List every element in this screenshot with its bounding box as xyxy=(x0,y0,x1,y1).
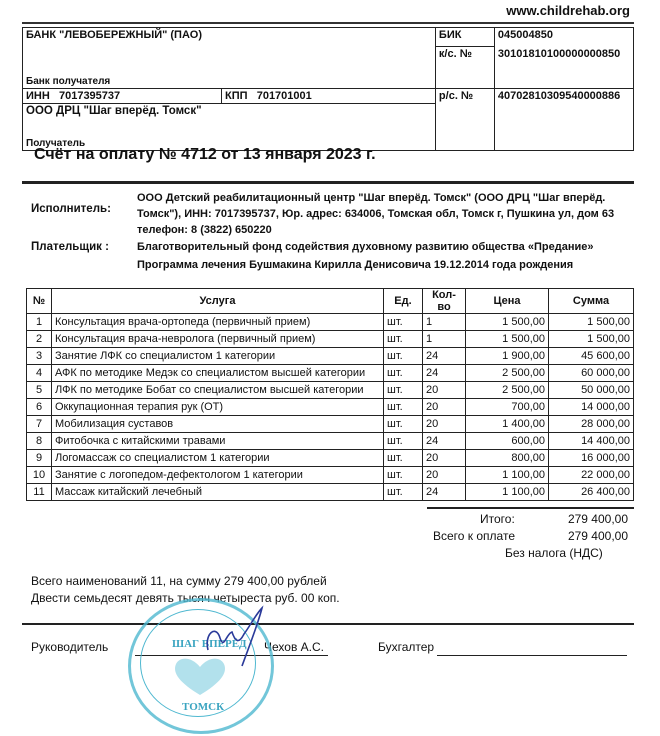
row-price: 1 500,00 xyxy=(466,331,549,348)
inn-label: ИНН xyxy=(26,90,50,102)
row-service: ЛФК по методике Бобат со специалистом вы… xyxy=(52,382,384,399)
row-sum: 60 000,00 xyxy=(549,365,634,382)
row-number: 8 xyxy=(27,433,52,450)
row-price: 1 100,00 xyxy=(466,467,549,484)
executor-details: ООО Детский реабилитационный центр "Шаг … xyxy=(137,190,627,238)
row-service: Логомассаж со специалистом 1 категории xyxy=(52,450,384,467)
row-unit: шт. xyxy=(384,399,423,416)
payer-line1: Благотворительный фонд содействия духовн… xyxy=(137,239,593,255)
row-price: 600,00 xyxy=(466,433,549,450)
row-unit: шт. xyxy=(384,450,423,467)
row-sum: 14 000,00 xyxy=(549,399,634,416)
table-row: 4АФК по методике Медэк со специалистом в… xyxy=(27,365,634,382)
payer-line2: Программа лечения Бушмакина Кирилла Дени… xyxy=(137,257,573,273)
row-unit: шт. xyxy=(384,467,423,484)
row-sum: 45 600,00 xyxy=(549,348,634,365)
row-sum: 50 000,00 xyxy=(549,382,634,399)
row-unit: шт. xyxy=(384,433,423,450)
due-label: Всего к оплате xyxy=(433,529,515,543)
row-price: 1 100,00 xyxy=(466,484,549,501)
row-sum: 1 500,00 xyxy=(549,314,634,331)
total-value: 279 400,00 xyxy=(568,512,628,526)
row-number: 9 xyxy=(27,450,52,467)
kpp-label: КПП xyxy=(225,90,248,102)
row-service: АФК по методике Медэк со специалистом вы… xyxy=(52,365,384,382)
website-url: www.childrehab.org xyxy=(506,3,630,18)
rs-value: 40702810309540000886 xyxy=(494,89,633,151)
row-service: Массаж китайский лечебный xyxy=(52,484,384,501)
row-sum: 28 000,00 xyxy=(549,416,634,433)
executor-label: Исполнитель: xyxy=(31,203,111,215)
row-unit: шт. xyxy=(384,348,423,365)
invoice-title: Счёт на оплату № 4712 от 13 января 2023 … xyxy=(34,146,376,164)
payer-label: Плательщик : xyxy=(31,241,109,253)
services-table: № Услуга Ед. Кол-во Цена Сумма 1Консульт… xyxy=(26,288,634,501)
row-number: 10 xyxy=(27,467,52,484)
table-row: 8Фитобочка с китайскими травамишт.24600,… xyxy=(27,433,634,450)
row-number: 3 xyxy=(27,348,52,365)
table-row: 1Консультация врача-ортопеда (первичный … xyxy=(27,314,634,331)
col-number: № xyxy=(27,289,52,314)
row-service: Консультация врача-невролога (первичный … xyxy=(52,331,384,348)
row-sum: 16 000,00 xyxy=(549,450,634,467)
row-number: 2 xyxy=(27,331,52,348)
row-service: Консультация врача-ортопеда (первичный п… xyxy=(52,314,384,331)
row-unit: шт. xyxy=(384,484,423,501)
director-label: Руководитель xyxy=(31,640,108,654)
table-row: 5ЛФК по методике Бобат со специалистом в… xyxy=(27,382,634,399)
col-qty: Кол-во xyxy=(423,289,466,314)
divider xyxy=(427,507,634,509)
row-price: 800,00 xyxy=(466,450,549,467)
row-number: 6 xyxy=(27,399,52,416)
col-service: Услуга xyxy=(52,289,384,314)
stamp-city: ТОМСК xyxy=(182,701,224,713)
row-qty: 20 xyxy=(423,382,466,399)
due-value: 279 400,00 xyxy=(568,529,628,543)
row-qty: 20 xyxy=(423,416,466,433)
col-unit: Ед. xyxy=(384,289,423,314)
row-sum: 14 400,00 xyxy=(549,433,634,450)
row-sum: 22 000,00 xyxy=(549,467,634,484)
signature-icon xyxy=(196,604,276,674)
row-unit: шт. xyxy=(384,416,423,433)
col-price: Цена xyxy=(466,289,549,314)
ks-value: 30101810100000000850 xyxy=(494,47,633,89)
table-row: 6Оккупационная терапия рук (ОТ)шт.20700,… xyxy=(27,399,634,416)
row-price: 1 500,00 xyxy=(466,314,549,331)
row-qty: 24 xyxy=(423,484,466,501)
row-unit: шт. xyxy=(384,331,423,348)
bank-caption: Банк получателя xyxy=(26,76,110,87)
row-qty: 1 xyxy=(423,314,466,331)
row-qty: 20 xyxy=(423,467,466,484)
recipient-name: ООО ДРЦ "Шаг вперёд. Томск" xyxy=(26,105,432,117)
inn-value: 7017395737 xyxy=(59,90,120,102)
table-row: 3Занятие ЛФК со специалистом 1 категории… xyxy=(27,348,634,365)
total-label: Итого: xyxy=(480,512,515,526)
row-service: Занятие ЛФК со специалистом 1 категории xyxy=(52,348,384,365)
accountant-label: Бухгалтер xyxy=(378,640,434,654)
row-qty: 24 xyxy=(423,365,466,382)
rs-label: р/с. № xyxy=(435,89,494,151)
row-number: 7 xyxy=(27,416,52,433)
row-price: 700,00 xyxy=(466,399,549,416)
summary-count: Всего наименований 11, на сумму 279 400,… xyxy=(31,574,327,588)
row-sum: 26 400,00 xyxy=(549,484,634,501)
col-sum: Сумма xyxy=(549,289,634,314)
row-qty: 24 xyxy=(423,433,466,450)
row-service: Фитобочка с китайскими травами xyxy=(52,433,384,450)
table-row: 10Занятие с логопедом-дефектологом 1 кат… xyxy=(27,467,634,484)
row-unit: шт. xyxy=(384,382,423,399)
row-price: 2 500,00 xyxy=(466,365,549,382)
ks-label: к/с. № xyxy=(435,47,494,89)
table-header: № Услуга Ед. Кол-во Цена Сумма xyxy=(27,289,634,314)
row-price: 2 500,00 xyxy=(466,382,549,399)
accountant-signature-line xyxy=(437,655,627,656)
bank-details-table: БАНК "ЛЕВОБЕРЕЖНЫЙ" (ПАО) Банк получател… xyxy=(22,27,634,151)
row-qty: 1 xyxy=(423,331,466,348)
table-row: 9Логомассаж со специалистом 1 категорииш… xyxy=(27,450,634,467)
kpp-value: 701701001 xyxy=(257,90,312,102)
row-qty: 20 xyxy=(423,399,466,416)
row-qty: 20 xyxy=(423,450,466,467)
row-number: 1 xyxy=(27,314,52,331)
bik-label: БИК xyxy=(435,28,494,47)
divider xyxy=(22,623,634,625)
row-price: 1 900,00 xyxy=(466,348,549,365)
divider xyxy=(22,22,634,24)
row-number: 11 xyxy=(27,484,52,501)
row-service: Занятие с логопедом-дефектологом 1 катег… xyxy=(52,467,384,484)
row-number: 5 xyxy=(27,382,52,399)
table-row: 11Массаж китайский лечебныйшт.241 100,00… xyxy=(27,484,634,501)
bik-value: 045004850 xyxy=(494,28,633,47)
row-unit: шт. xyxy=(384,365,423,382)
row-sum: 1 500,00 xyxy=(549,331,634,348)
row-service: Мобилизация суставов xyxy=(52,416,384,433)
row-qty: 24 xyxy=(423,348,466,365)
row-service: Оккупационная терапия рук (ОТ) xyxy=(52,399,384,416)
table-row: 7Мобилизация суставовшт.201 400,0028 000… xyxy=(27,416,634,433)
divider xyxy=(22,181,634,184)
tax-note: Без налога (НДС) xyxy=(505,546,603,560)
row-price: 1 400,00 xyxy=(466,416,549,433)
table-row: 2Консультация врача-невролога (первичный… xyxy=(27,331,634,348)
row-unit: шт. xyxy=(384,314,423,331)
bank-name: БАНК "ЛЕВОБЕРЕЖНЫЙ" (ПАО) xyxy=(26,29,432,41)
row-number: 4 xyxy=(27,365,52,382)
